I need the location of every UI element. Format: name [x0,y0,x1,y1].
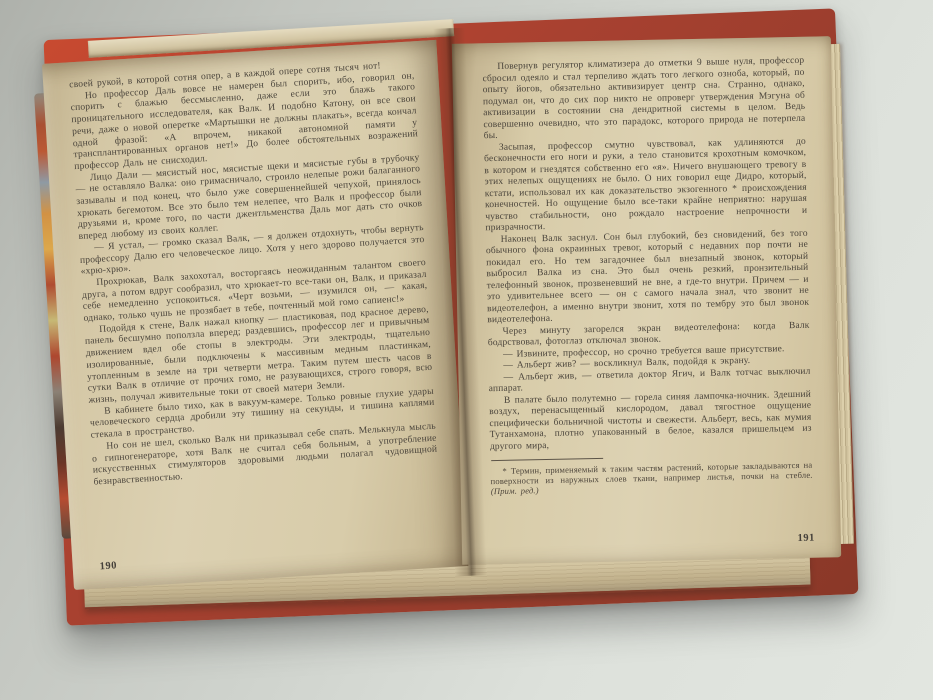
paragraph: Повернув регулятор климатизера до отметк… [482,56,806,143]
page-number-left: 190 [99,560,117,572]
footnote-text: * Термин, применяемый к таким частям рас… [490,460,812,487]
photo-background: своей рукой, в которой сотня опер, а в к… [0,0,933,700]
left-page: своей рукой, в которой сотня опер, а в к… [42,40,468,590]
left-page-text: своей рукой, в которой сотня опер, а в к… [69,58,438,488]
right-page: Повернув регулятор климатизера до отметк… [452,36,841,565]
right-page-text: Повернув регулятор климатизера до отметк… [482,56,813,497]
footnote-rule [491,458,603,461]
paragraph: Засыпая, профессор смутно чувствовал, ка… [484,136,808,234]
footnote-attribution: (Прим. ред.) [491,486,539,497]
footnote: * Термин, применяемый к таким частям рас… [490,460,813,497]
paragraph: В палате было полутемно — горела синяя л… [489,389,812,453]
page-number-right: 191 [797,533,814,544]
paragraph: Наконец Валк заснул. Сон был глубокий, б… [486,228,810,326]
